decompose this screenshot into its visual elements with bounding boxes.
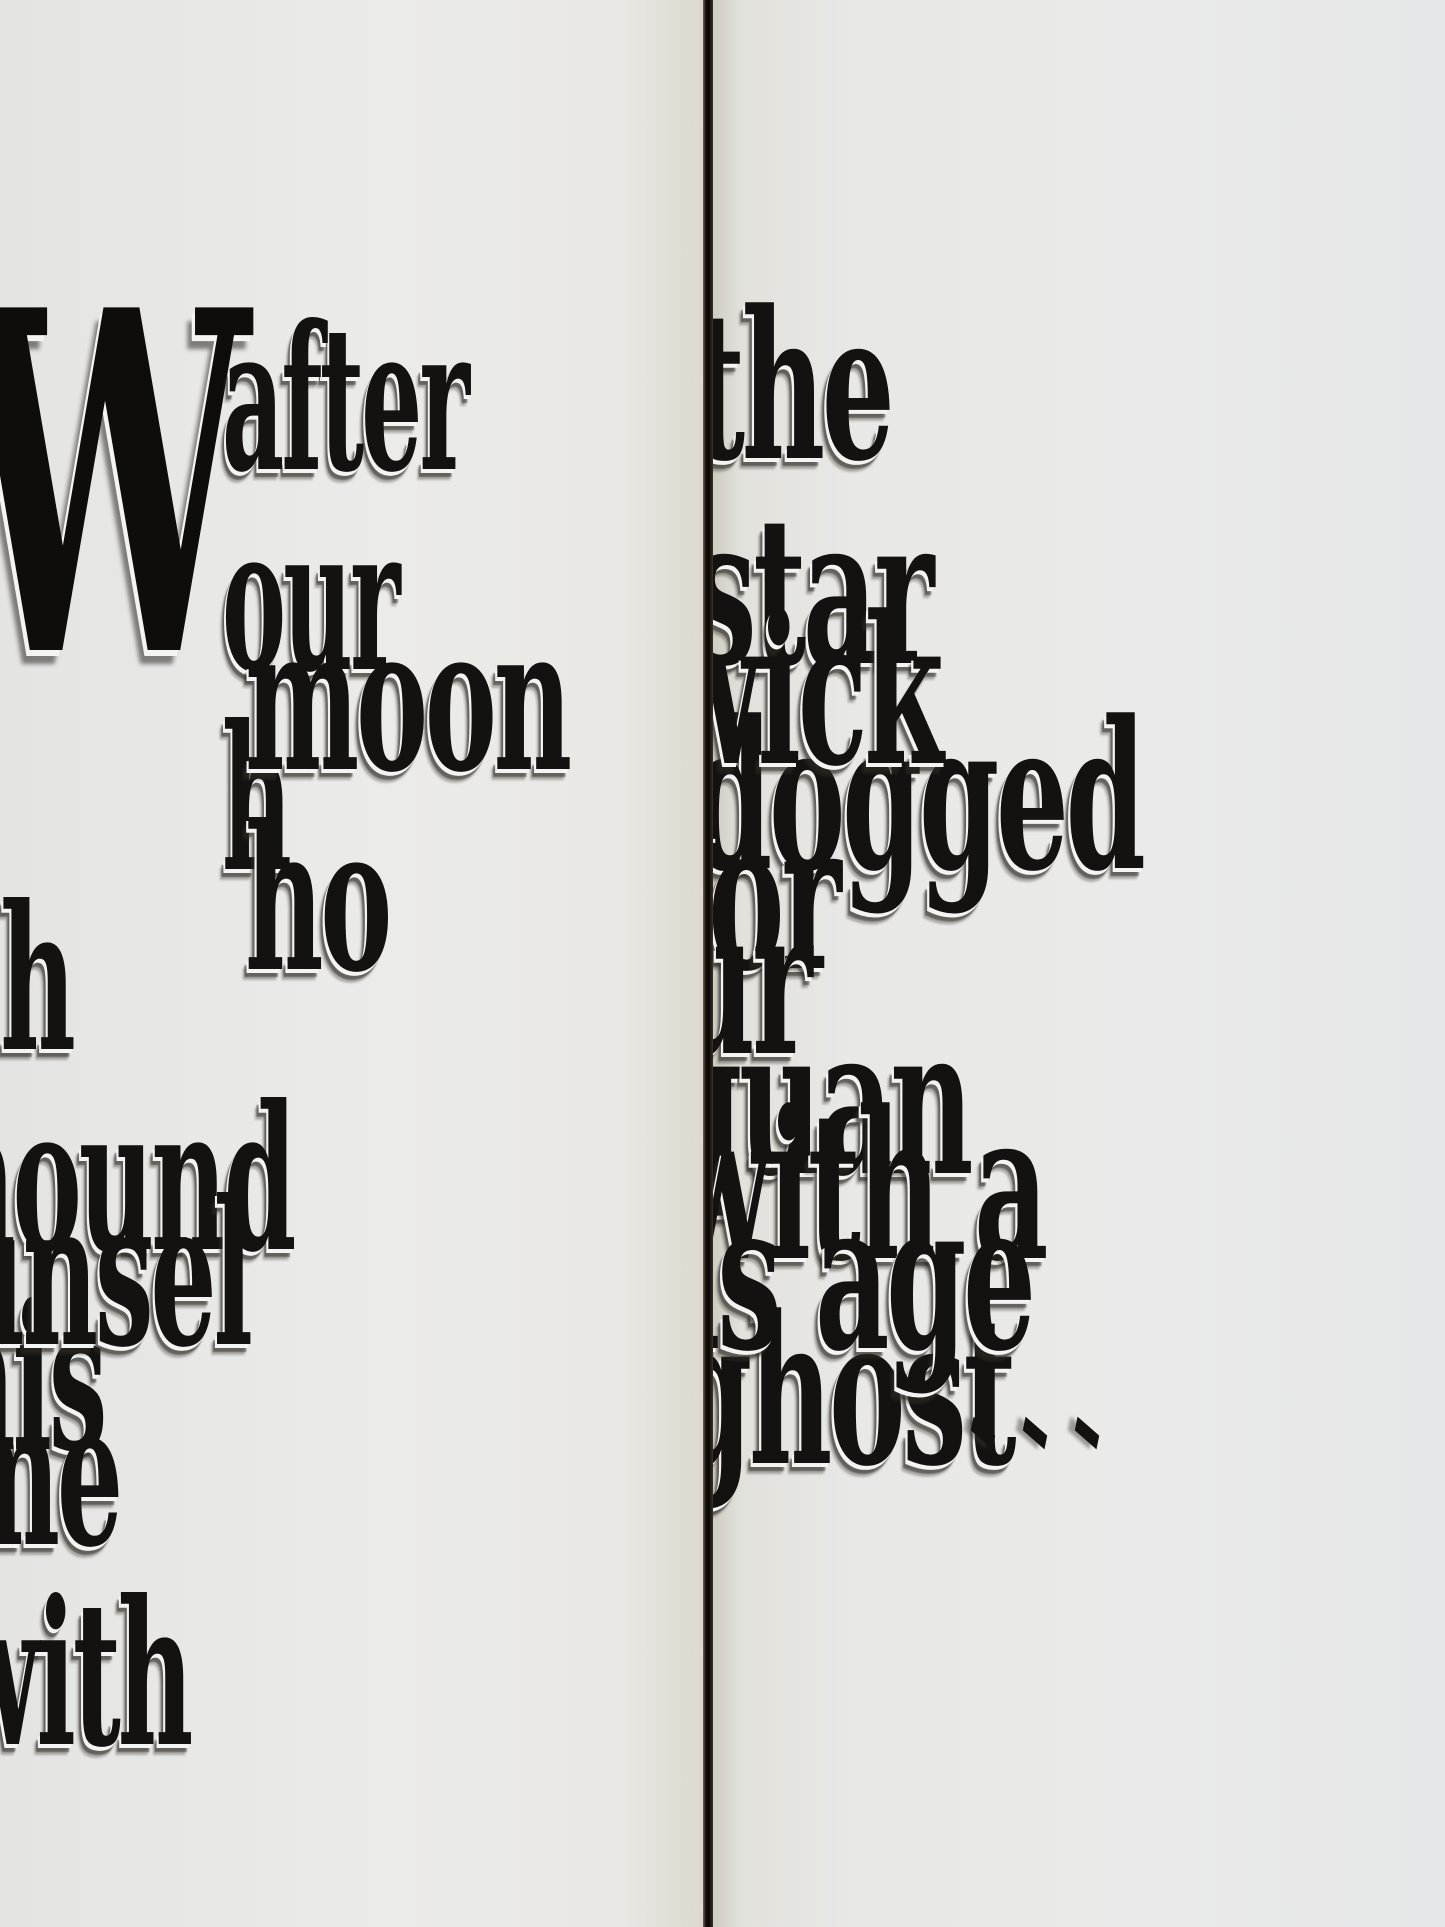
ellipsis-mark bbox=[972, 1425, 1098, 1441]
book-spread: W after our h moon ho ch hound his unsel… bbox=[0, 0, 1445, 1927]
right-line-4: is age bbox=[712, 1175, 1033, 1380]
left-line-4: unsel me with bbox=[0, 1175, 343, 1775]
left-page-text: W after our h moon ho ch hound his unsel… bbox=[0, 0, 706, 1927]
right-page-text: the star dogged wick for quan ur with a … bbox=[712, 0, 1445, 1927]
book-gutter bbox=[703, 0, 713, 1927]
drop-cap-initial: W bbox=[0, 250, 250, 720]
